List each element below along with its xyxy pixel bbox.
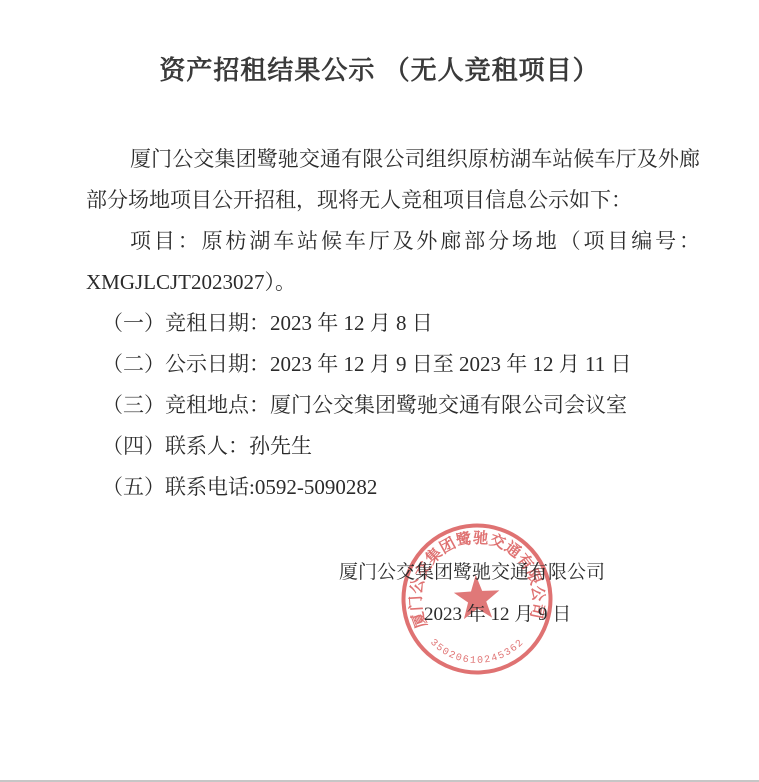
list-item-location: （三）竞租地点：厦门公交集团鹭驰交通有限公司会议室 [86, 385, 700, 426]
list-item-bid-date: （一）竞租日期：2023 年 12 月 8 日 [86, 303, 700, 344]
document-title: 资产招租结果公示 （无人竞租项目） [0, 50, 759, 87]
paragraph-intro: 厦门公交集团鹭驰交通有限公司组织原枋湖车站候车厅及外廊部分场地项目公开招租，现将… [86, 139, 700, 221]
signature-date: 2023 年 12 月 9 日 [424, 601, 571, 629]
list-item-contact-name: （四）联系人：孙先生 [86, 426, 700, 467]
official-seal: 厦门公交集团鹭驰交通有限公司 35020610245362 [397, 519, 557, 679]
document-body: 厦门公交集团鹭驰交通有限公司组织原枋湖车站候车厅及外廊部分场地项目公开招租，现将… [86, 139, 700, 508]
signature-company: 厦门公交集团鹭驰交通有限公司 [339, 559, 605, 587]
paragraph-project: 项目：原枋湖车站候车厅及外廊部分场地（项目编号：XMGJLCJT2023027）… [86, 221, 700, 303]
document-page: 资产招租结果公示 （无人竞租项目） 厦门公交集团鹭驰交通有限公司组织原枋湖车站候… [0, 0, 759, 782]
list-item-publish-date: （二）公示日期：2023 年 12 月 9 日至 2023 年 12 月 11 … [86, 344, 700, 385]
list-item-contact-phone: （五）联系电话:0592-5090282 [86, 467, 700, 508]
